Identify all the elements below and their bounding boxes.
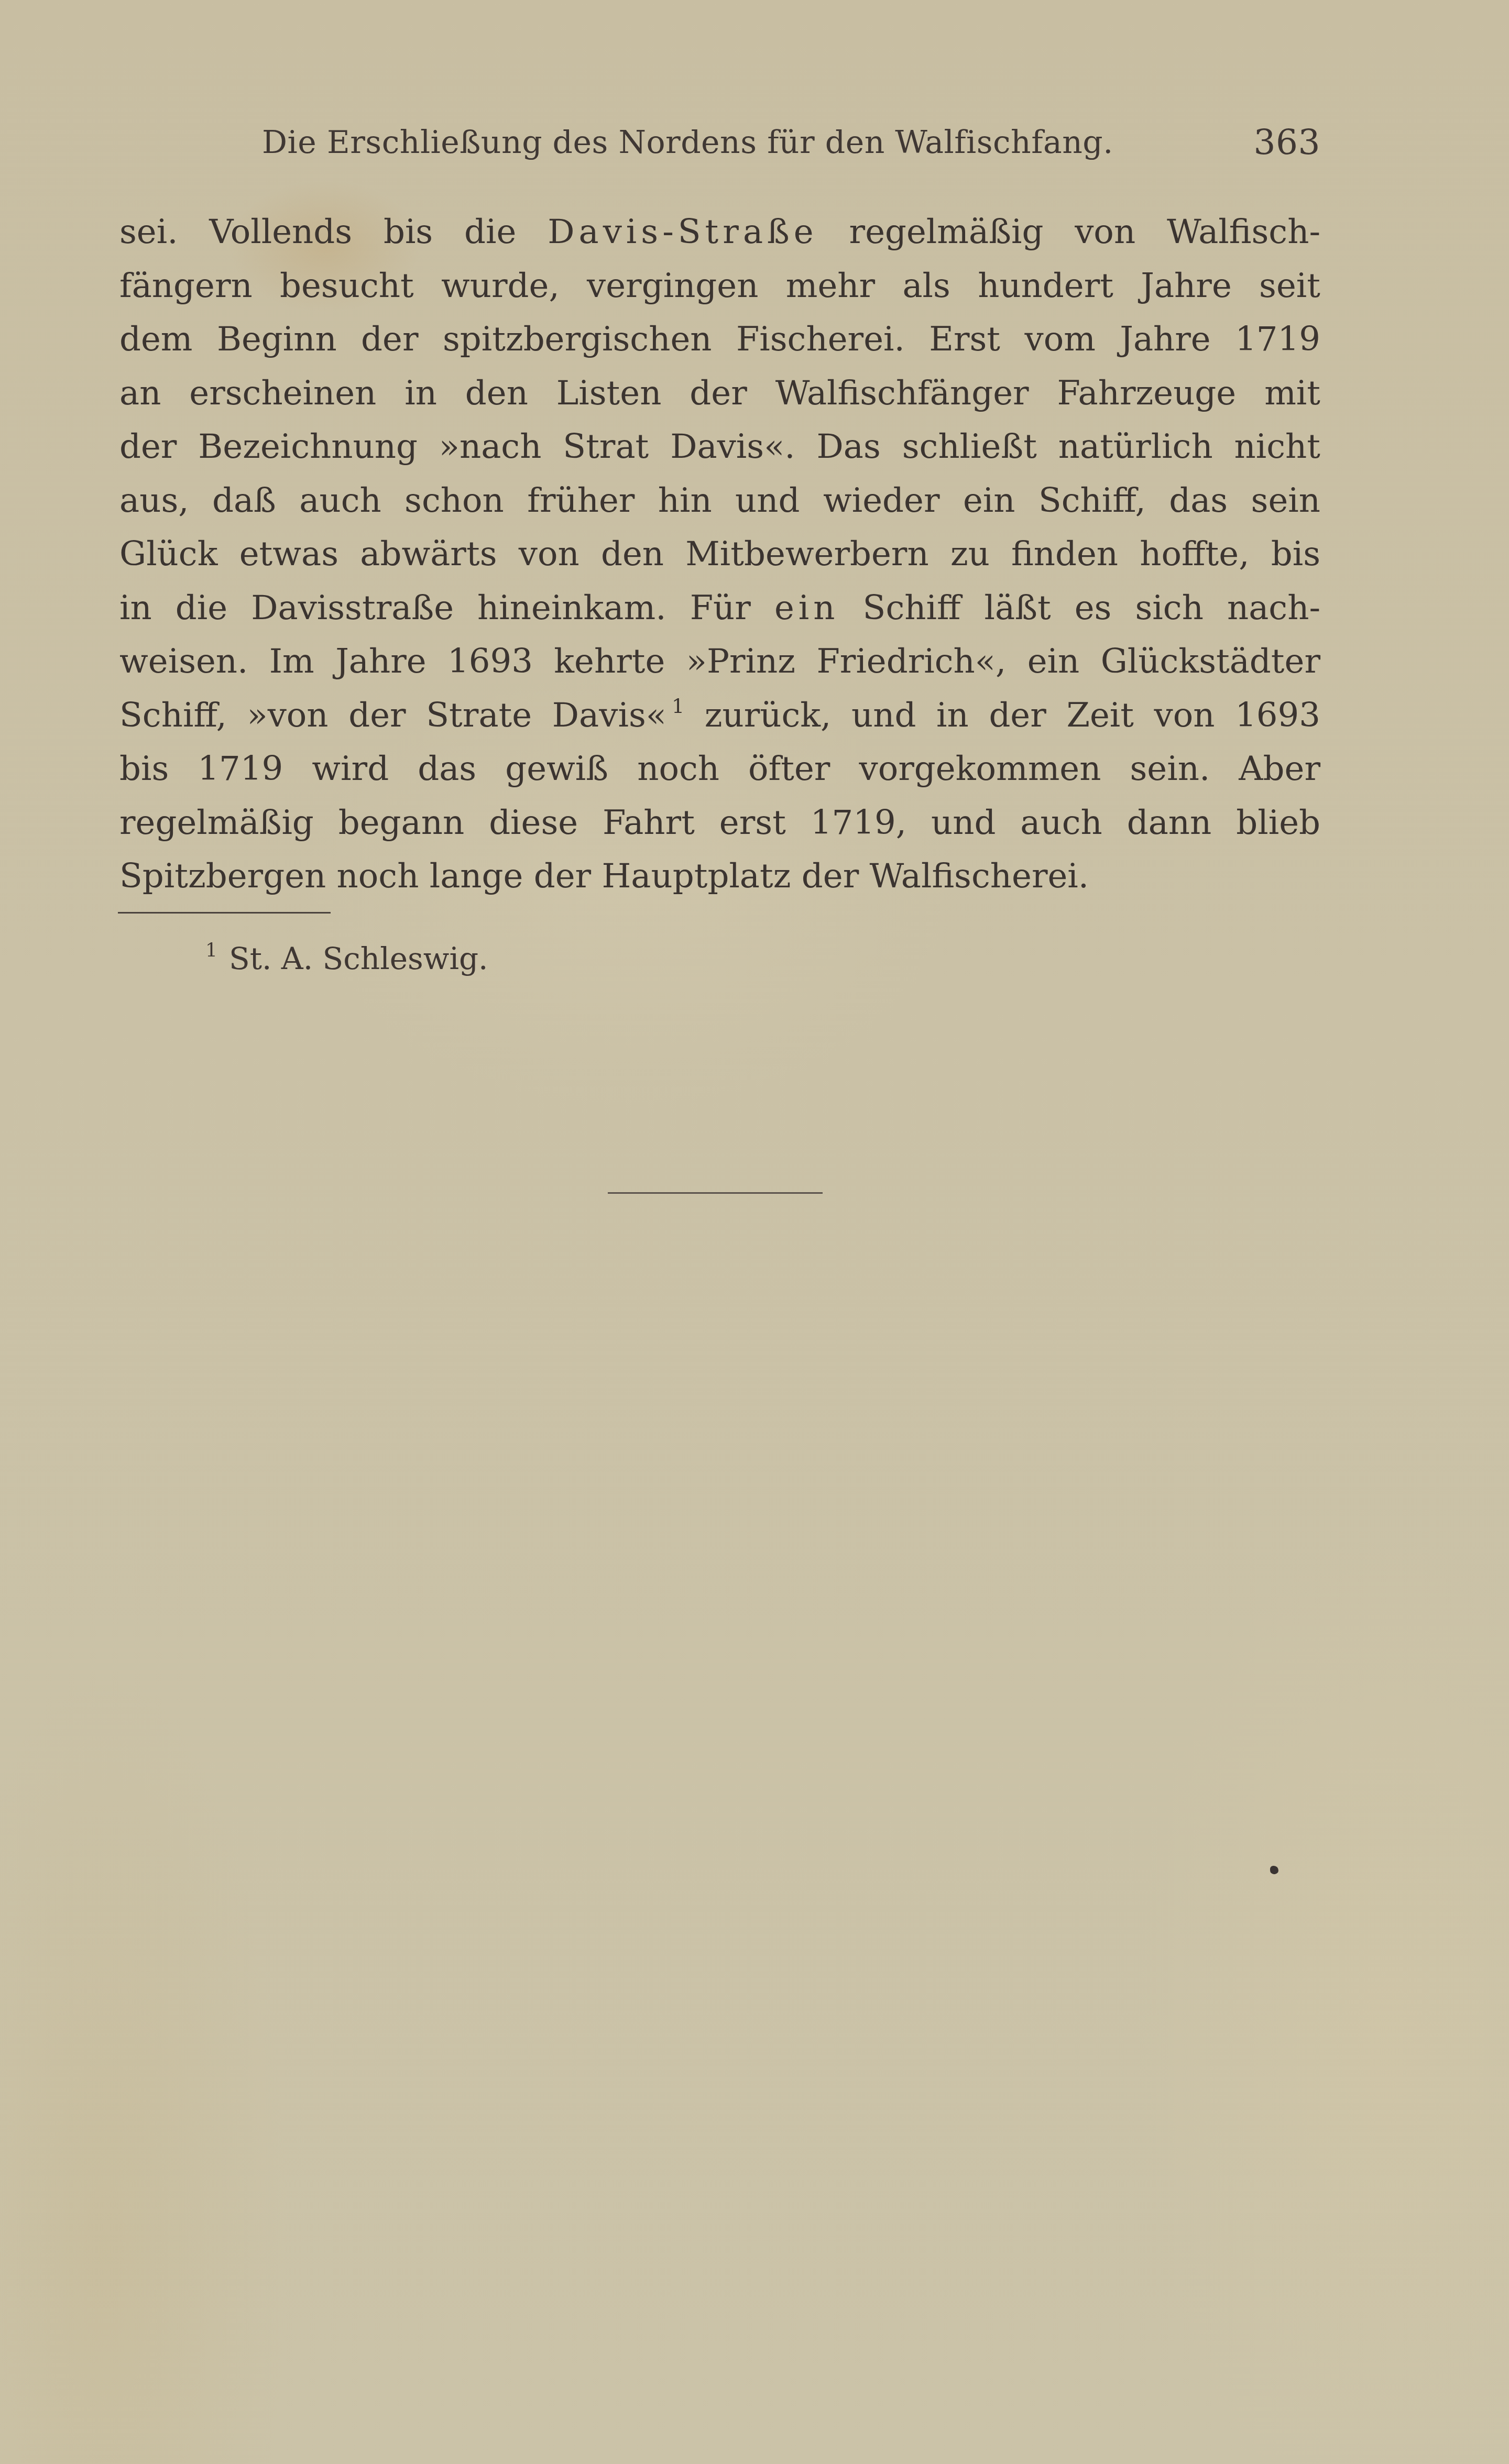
text-line-7: Glück etwas abwärts von den Mitbewerbern… xyxy=(119,527,1320,581)
text-line-4: an erscheinen in den Listen der Walfisch… xyxy=(119,367,1320,421)
text-line-11: bis 1719 wird das gewiß noch öfter vorge… xyxy=(119,742,1320,796)
book-page: { "header": { "running_title": "Die Ersc… xyxy=(0,0,1509,2464)
text-run: Schiff, »von der Strate Davis« xyxy=(119,696,666,735)
running-head: Die Erschließung des Nordens für den Wal… xyxy=(262,122,1320,163)
text-run: Schiff läßt es sich nach- xyxy=(839,589,1321,628)
text-line-1: sei. Vollends bis die Davis-Straße regel… xyxy=(119,205,1320,259)
emphasized-text: Davis-Straße xyxy=(548,213,818,251)
body-paragraph: sei. Vollends bis die Davis-Straße regel… xyxy=(119,205,1320,904)
text-line-12: regelmäßig begann diese Fahrt erst 1719,… xyxy=(119,796,1320,850)
text-run: in die Davisstraße hineinkam. Für xyxy=(119,589,774,628)
text-line-2: fängern besucht wurde, vergingen mehr al… xyxy=(119,259,1320,313)
footnote-1: 1St. A. Schleswig. xyxy=(205,938,488,980)
footnote-separator-rule xyxy=(118,912,331,914)
page-number: 363 xyxy=(1254,122,1320,163)
text-line-6: aus, daß auch schon früher hin und wiede… xyxy=(119,474,1320,528)
running-title: Die Erschließung des Nordens für den Wal… xyxy=(262,122,1113,163)
footnote-reference[interactable]: 1 xyxy=(672,695,684,718)
footnote-marker: 1 xyxy=(205,940,217,961)
text-line-10: Schiff, »von der Strate Davis«1 zurück, … xyxy=(119,689,1320,743)
footnote-text: St. A. Schleswig. xyxy=(229,941,488,976)
text-run: regelmäßig von Walfisch- xyxy=(818,213,1320,251)
text-line-8: in die Davisstraße hineinkam. Für ein Sc… xyxy=(119,581,1320,635)
section-end-rule xyxy=(608,1192,823,1194)
emphasized-text: ein xyxy=(774,589,839,628)
text-line-13: Spitzbergen noch lange der Hauptplatz de… xyxy=(119,850,1320,904)
text-line-5: der Bezeichnung »nach Strat Davis«. Das … xyxy=(119,420,1320,474)
text-run: zurück, und in der Zeit von 1693 xyxy=(684,696,1320,735)
text-line-3: dem Beginn der spitzbergischen Fischerei… xyxy=(119,313,1320,367)
text-line-9: weisen. Im Jahre 1693 kehrte »Prinz Frie… xyxy=(119,635,1320,689)
paper-speck-mark xyxy=(1270,1866,1278,1874)
text-run: sei. Vollends bis die xyxy=(119,213,548,251)
